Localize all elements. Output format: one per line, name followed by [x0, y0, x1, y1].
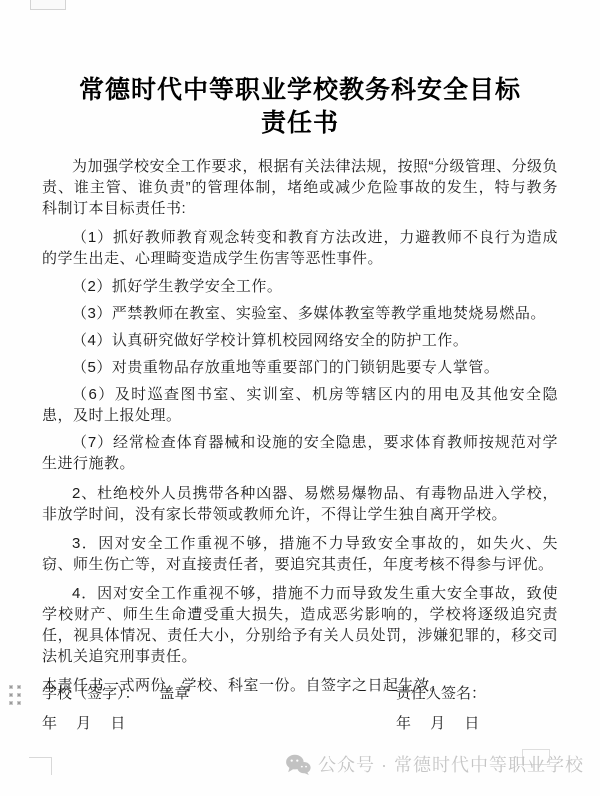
- drag-handle-dot: [9, 685, 13, 689]
- numbered-item-6: （6）及时巡查图书室、实训室、机房等辖区内的用电及其他安全隐患，及时上报处理。: [42, 384, 558, 426]
- page-title-line1: 常德时代中等职业学校教务科安全目标: [60, 74, 540, 107]
- margin-guide-corner-bottom-left: [29, 757, 52, 775]
- document-page: 常德时代中等职业学校教务科安全目标 责任书 为加强学校安全工作要求，根据有关法律…: [0, 0, 600, 796]
- footer-watermark: 公众号 · 常德时代中等职业学校: [285, 751, 584, 777]
- school-signature-line: 学校（签字）：盖章: [42, 682, 190, 703]
- school-signature-label: 学校（签字）：: [42, 685, 140, 702]
- body-paragraph-3: 3．因对安全工作重视不够，措施不力导致安全事故的，如失火、失窃、师生伤亡等，对直…: [42, 533, 558, 575]
- margin-guide-box-top: [30, 0, 66, 10]
- drag-handle[interactable]: [9, 685, 21, 705]
- numbered-item-4: （4）认真研究做好学校计算机校园网络安全的防护工作。: [42, 330, 558, 351]
- numbered-item-1: （1）抓好教师教育观念转变和教育方法改进，力避教师不良行为造成的学生出走、心理畸…: [42, 227, 558, 269]
- body-paragraph-2: 2、杜绝校外人员携带各种凶器、易燃易爆物品、有毒物品进入学校，非放学时间，没有家…: [42, 483, 558, 525]
- signature-area: 学校（签字）：盖章 责任人签名： 年 月 日 年 月 日: [0, 682, 600, 752]
- page-title-line2: 责任书: [60, 107, 540, 140]
- drag-handle-dot: [17, 701, 21, 705]
- intro-paragraph: 为加强学校安全工作要求，根据有关法律法规，按照“分级管理、分级负责、谁主管、谁负…: [42, 156, 558, 219]
- wechat-icon: [285, 754, 311, 775]
- drag-handle-dot: [9, 693, 13, 697]
- body-paragraph-4: 4．因对安全工作重视不够，措施不力而导致发生重大安全事故，致使学校财产、师生生命…: [42, 583, 558, 667]
- school-date-line: 年 月 日: [42, 712, 125, 733]
- responsible-date-line: 年 月 日: [396, 712, 479, 733]
- footer-watermark-text: 公众号 · 常德时代中等职业学校: [318, 751, 584, 777]
- numbered-item-5: （5）对贵重物品存放重地等重要部门的门锁钥匙要专人掌管。: [42, 357, 558, 378]
- numbered-item-3: （3）严禁教师在教室、实验室、多媒体教室等教学重地焚烧易燃品。: [42, 303, 558, 324]
- page-title: 常德时代中等职业学校教务科安全目标 责任书: [60, 74, 540, 140]
- drag-handle-dot: [9, 701, 13, 705]
- drag-handle-dot: [17, 685, 21, 689]
- numbered-item-7: （7）经常检查体育器械和设施的安全隐患，要求体育教师按规范对学生进行施教。: [42, 432, 558, 474]
- numbered-item-2: （2）抓好学生教学安全工作。: [42, 276, 558, 297]
- document-content: 常德时代中等职业学校教务科安全目标 责任书 为加强学校安全工作要求，根据有关法律…: [0, 0, 600, 696]
- seal-label: 盖章: [160, 685, 190, 702]
- drag-handle-dot: [17, 693, 21, 697]
- responsible-signature-line: 责任人签名：: [396, 682, 486, 703]
- responsible-signature-label: 责任人签名：: [396, 685, 486, 702]
